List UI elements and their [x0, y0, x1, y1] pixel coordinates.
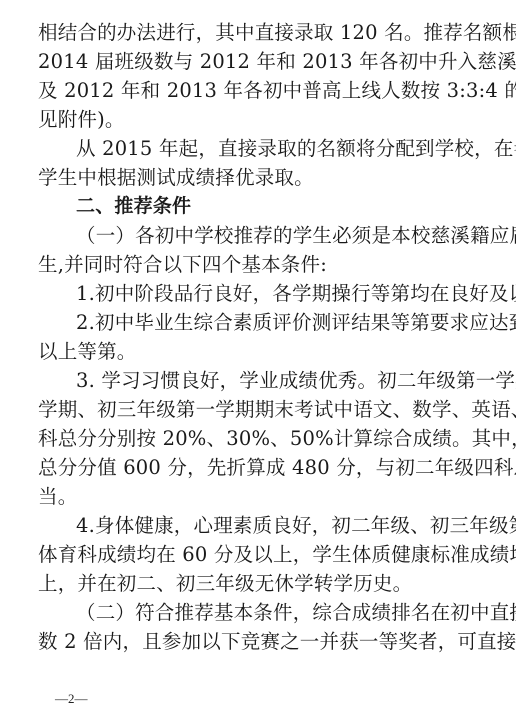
text-line: 数 2 倍内，且参加以下竞赛之一并获一等奖者，可直接录取，不 — [38, 627, 478, 656]
text-line: 学生中根据测试成绩择优录取。 — [38, 163, 478, 192]
section-heading: 二、推荐条件 — [38, 192, 478, 221]
list-item-4: 4.身体健康，心理素质良好，初二年级、初三年级第一学期 — [38, 511, 478, 540]
text-line: 科总分分别按 20%、30%、50%计算综合成绩。其中，初三年级四科 — [38, 424, 478, 453]
text-line: 2014 届班级数与 2012 年和 2013 年各初中升入慈溪中学实际人数 — [38, 47, 478, 76]
page-number: —2— — [55, 691, 88, 707]
text-line: 学期、初三年级第一学期期末考试中语文、数学、英语、科学四 — [38, 395, 478, 424]
document-page: 相结合的办法进行，其中直接录取 120 名。推荐名额根据各初中 2014 届班级… — [38, 18, 478, 656]
text-line: 相结合的办法进行，其中直接录取 120 名。推荐名额根据各初中 — [38, 18, 478, 47]
text-line: 当。 — [38, 482, 478, 511]
paragraph-start-line: （一）各初中学校推荐的学生必须是本校慈溪籍应届初三学 — [38, 221, 478, 250]
list-item-1: 1.初中阶段品行良好，各学期操行等第均在良好及以上。 — [38, 279, 478, 308]
text-line: 上，并在初二、初三年级无休学转学历史。 — [38, 569, 478, 598]
paragraph-start-line: 从 2015 年起，直接录取的名额将分配到学校，在参加测试的 — [38, 134, 478, 163]
paragraph-start-line: （二）符合推荐基本条件，综合成绩排名在初中直接录取人 — [38, 598, 478, 627]
list-item-2: 2.初中毕业生综合素质评价测评结果等第要求应达到 1A3P 及 — [38, 308, 478, 337]
text-line: 见附件)。 — [38, 105, 478, 134]
text-line: 以上等第。 — [38, 337, 478, 366]
text-line: 总分分值 600 分，先折算成 480 分，与初二年级四科总分分值相 — [38, 453, 478, 482]
list-item-3: 3. 学习习惯良好，学业成绩优秀。初二年级第一学期、第二 — [38, 366, 478, 395]
text-line: 体育科成绩均在 60 分及以上，学生体质健康标准成绩均在及格以 — [38, 540, 478, 569]
text-line: 生,并同时符合以下四个基本条件: — [38, 250, 478, 279]
text-line: 及 2012 年和 2013 年各初中普高上线人数按 3:3:4 的权重确定(详 — [38, 76, 478, 105]
